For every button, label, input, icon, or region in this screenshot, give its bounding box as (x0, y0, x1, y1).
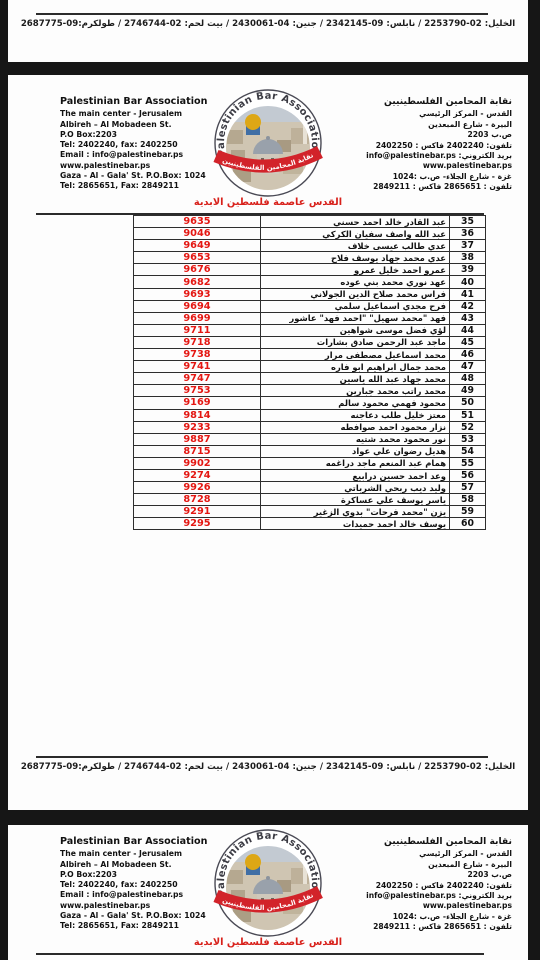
registration-number: 8728 (134, 494, 261, 506)
members-table-body: 35عبد القادر خالد احمد حسني963536عبد الل… (134, 216, 486, 530)
current-page: Palestinian Bar Association The main cen… (8, 75, 528, 810)
registration-number: 9295 (134, 518, 261, 530)
row-number: 49 (450, 385, 486, 397)
registration-number: 9693 (134, 288, 261, 300)
letterhead-line: Albireh – Al Mobadeen St. (60, 120, 220, 130)
letterhead-line: www.palestinebar.ps (60, 901, 220, 911)
table-row: 43فهد "محمد سهيل" "احمد فهد" عاشور9699 (134, 312, 486, 324)
member-name: نزار محمود احمد صوافطه (261, 421, 450, 433)
registration-number: 9738 (134, 349, 261, 361)
table-row: 47محمد جمال ابراهيم ابو فاره9741 (134, 361, 486, 373)
letterhead-line: The main center - Jerusalem (60, 849, 220, 859)
member-name: فراس محمد صلاح الدين الجولاني (261, 288, 450, 300)
letterhead: Palestinian Bar Association The main cen… (8, 85, 528, 227)
registration-number: 9274 (134, 469, 261, 481)
registration-number: 9653 (134, 252, 261, 264)
member-name: فهد "محمد سهيل" "احمد فهد" عاشور (261, 312, 450, 324)
jerusalem-dome-icon: Palestinian Bar Association نقابة المحام… (213, 88, 323, 198)
footer-divider (36, 756, 488, 758)
row-number: 51 (450, 409, 486, 421)
table-row: 56وعد احمد حسين درابيع9274 (134, 469, 486, 481)
jerusalem-capital-banner: القدس عاصمة فلسطين الابدية (193, 937, 343, 948)
letterhead-line: البيرة - شارع المبعدين (342, 120, 512, 130)
member-name: عهد نوري محمد بني عوده (261, 276, 450, 288)
registration-number: 9887 (134, 433, 261, 445)
registration-number: 9649 (134, 240, 261, 252)
letterhead-line: Albireh – Al Mobadeen St. (60, 860, 220, 870)
table-row: 51معتز خليل طلب دعاجنه9814 (134, 409, 486, 421)
table-row: 42فرح مجدي اسماعيل سلمي9694 (134, 300, 486, 312)
letterhead-line: Tel: 2865651, Fax: 2849211 (60, 181, 220, 191)
registration-number: 9718 (134, 336, 261, 348)
org-name-arabic: نقابة المحامين الفلسطينيين (342, 837, 512, 847)
registration-number: 9699 (134, 312, 261, 324)
row-number: 50 (450, 397, 486, 409)
letterhead-arabic: نقابة المحامين الفلسطينيين القدس - المرك… (342, 837, 512, 933)
row-number: 54 (450, 445, 486, 457)
table-row: 41فراس محمد صلاح الدين الجولاني9693 (134, 288, 486, 300)
member-name: عمرو احمد خليل عمرو (261, 264, 450, 276)
table-row: 49محمد راتب محمد جبارين9753 (134, 385, 486, 397)
registration-number: 9635 (134, 216, 261, 228)
row-number: 57 (450, 482, 486, 494)
next-page-fragment: Palestinian Bar Association The main cen… (8, 825, 528, 960)
table-row: 48محمد جهاد عبد الله ياسين9747 (134, 373, 486, 385)
row-number: 45 (450, 336, 486, 348)
letterhead-divider (36, 953, 484, 955)
member-name: ماجد عبد الرحمن صادق بشارات (261, 336, 450, 348)
bar-association-logo: Palestinian Bar Association نقابة المحام… (213, 88, 323, 198)
table-row: 50محمود فهمي محمود سالم9169 (134, 397, 486, 409)
row-number: 52 (450, 421, 486, 433)
row-number: 47 (450, 361, 486, 373)
registration-number: 8715 (134, 445, 261, 457)
footer-divider (36, 13, 488, 15)
bar-association-logo: Palestinian Bar Association نقابة المحام… (213, 828, 323, 938)
table-row: 37عدي طالب عيسى خلاف9649 (134, 240, 486, 252)
letterhead-line: Email : info@palestinebar.ps (60, 890, 220, 900)
table-row: 40عهد نوري محمد بني عوده9682 (134, 276, 486, 288)
row-number: 40 (450, 276, 486, 288)
registration-number: 9291 (134, 506, 261, 518)
table-row: 35عبد القادر خالد احمد حسني9635 (134, 216, 486, 228)
letterhead-line: تلفون: 2402240 فاكس : 2402250 (342, 881, 512, 891)
letterhead-arabic-lines: القدس - المركز الرئيسيالبيرة - شارع المب… (342, 849, 512, 932)
registration-number: 9694 (134, 300, 261, 312)
member-name: عدي محمد جهاد يوسف فلاح (261, 252, 450, 264)
row-number: 59 (450, 506, 486, 518)
member-name: عبد الله واصف سفيان الكركي (261, 228, 450, 240)
table-row: 36عبد الله واصف سفيان الكركي9046 (134, 228, 486, 240)
org-name-english: Palestinian Bar Association (60, 837, 220, 847)
letterhead-line: Tel: 2865651, Fax: 2849211 (60, 921, 220, 931)
member-name: هديل رضوان علي عواد (261, 445, 450, 457)
letterhead-line: غزة - شارع الجلاء- ص.ب :1024 (342, 172, 512, 182)
table-row: 38عدي محمد جهاد يوسف فلاح9653 (134, 252, 486, 264)
member-name: محمد جمال ابراهيم ابو فاره (261, 361, 450, 373)
jerusalem-capital-banner: القدس عاصمة فلسطين الابدية (193, 197, 343, 208)
table-row: 52نزار محمود احمد صوافطه9233 (134, 421, 486, 433)
letterhead-line: The main center - Jerusalem (60, 109, 220, 119)
row-number: 46 (450, 349, 486, 361)
member-name: عبد القادر خالد احمد حسني (261, 216, 450, 228)
table-row: 55همام عبد المنعم ماجد دراغمه9902 (134, 457, 486, 469)
registration-number: 9711 (134, 324, 261, 336)
letterhead-line: بريد الكتروني: info@palestinebar.ps (342, 891, 512, 901)
registration-number: 9741 (134, 361, 261, 373)
letterhead-line: Tel: 2402240, fax: 2402250 (60, 880, 220, 890)
table-row: 57وليد ديب ربحي الشرباتي9926 (134, 482, 486, 494)
member-name: محمود فهمي محمود سالم (261, 397, 450, 409)
letterhead-line: Tel: 2402240, fax: 2402250 (60, 140, 220, 150)
letterhead-line: القدس - المركز الرئيسي (342, 849, 512, 859)
row-number: 41 (450, 288, 486, 300)
member-name: يزن "محمد فرحات" بدوي الزغير (261, 506, 450, 518)
letterhead-line: ص.ب 2203 (342, 870, 512, 880)
member-name: عدي طالب عيسى خلاف (261, 240, 450, 252)
member-name: محمد جهاد عبد الله ياسين (261, 373, 450, 385)
letterhead-line: www.palestinebar.ps (342, 901, 512, 911)
letterhead-line: تلفون: 2402240 فاكس : 2402250 (342, 141, 512, 151)
letterhead-english-lines: The main center - JerusalemAlbireh – Al … (60, 109, 220, 191)
row-number: 38 (450, 252, 486, 264)
letterhead: Palestinian Bar Association The main cen… (8, 825, 528, 960)
row-number: 44 (450, 324, 486, 336)
row-number: 48 (450, 373, 486, 385)
letterhead-arabic-lines: القدس - المركز الرئيسيالبيرة - شارع المب… (342, 109, 512, 192)
row-number: 58 (450, 494, 486, 506)
member-name: محمد اسماعيل مصطفى مرار (261, 349, 450, 361)
branch-phones-footer: الخليل: 02-2253790 / نابلس: 09-2342145 /… (8, 19, 528, 29)
row-number: 36 (450, 228, 486, 240)
letterhead-line: P.O Box:2203 (60, 870, 220, 880)
member-name: ياسر يوسف علي عساكرة (261, 494, 450, 506)
table-row: 44لؤي فضل موسى شواهين9711 (134, 324, 486, 336)
letterhead-english: Palestinian Bar Association The main cen… (60, 97, 220, 192)
table-row: 54هديل رضوان علي عواد8715 (134, 445, 486, 457)
table-row: 60يوسف خالد احمد حميدات9295 (134, 518, 486, 530)
org-name-arabic: نقابة المحامين الفلسطينيين (342, 97, 512, 107)
table-row: 46محمد اسماعيل مصطفى مرار9738 (134, 349, 486, 361)
table-row: 58ياسر يوسف علي عساكرة8728 (134, 494, 486, 506)
letterhead-line: ص.ب 2203 (342, 130, 512, 140)
letterhead-line: تلفون : 2865651 فاكس : 2849211 (342, 182, 512, 192)
registration-number: 9747 (134, 373, 261, 385)
registration-number: 9682 (134, 276, 261, 288)
letterhead-line: www.palestinebar.ps (60, 161, 220, 171)
member-name: وعد احمد حسين درابيع (261, 469, 450, 481)
letterhead-line: www.palestinebar.ps (342, 161, 512, 171)
members-table: 35عبد القادر خالد احمد حسني963536عبد الل… (133, 215, 486, 530)
registration-number: 9169 (134, 397, 261, 409)
member-name: نور محمود محمد شتيه (261, 433, 450, 445)
row-number: 42 (450, 300, 486, 312)
registration-number: 9753 (134, 385, 261, 397)
letterhead-line: القدس - المركز الرئيسي (342, 109, 512, 119)
registration-number: 9926 (134, 482, 261, 494)
member-name: لؤي فضل موسى شواهين (261, 324, 450, 336)
previous-page-fragment: الخليل: 02-2253790 / نابلس: 09-2342145 /… (8, 0, 528, 62)
registration-number: 9814 (134, 409, 261, 421)
table-row: 45ماجد عبد الرحمن صادق بشارات9718 (134, 336, 486, 348)
letterhead-english: Palestinian Bar Association The main cen… (60, 837, 220, 932)
table-row: 59يزن "محمد فرحات" بدوي الزغير9291 (134, 506, 486, 518)
registration-number: 9902 (134, 457, 261, 469)
member-name: محمد راتب محمد جبارين (261, 385, 450, 397)
member-name: يوسف خالد احمد حميدات (261, 518, 450, 530)
letterhead-line: Gaza - Al - Gala' St. P.O.Box: 1024 (60, 171, 220, 181)
letterhead-line: البيرة - شارع المبعدين (342, 860, 512, 870)
letterhead-arabic: نقابة المحامين الفلسطينيين القدس - المرك… (342, 97, 512, 193)
letterhead-line: Email : info@palestinebar.ps (60, 150, 220, 160)
row-number: 43 (450, 312, 486, 324)
row-number: 53 (450, 433, 486, 445)
letterhead-line: تلفون : 2865651 فاكس : 2849211 (342, 922, 512, 932)
letterhead-line: P.O Box:2203 (60, 130, 220, 140)
registration-number: 9676 (134, 264, 261, 276)
member-name: وليد ديب ربحي الشرباتي (261, 482, 450, 494)
row-number: 35 (450, 216, 486, 228)
registration-number: 9046 (134, 228, 261, 240)
letterhead-english-lines: The main center - JerusalemAlbireh – Al … (60, 849, 220, 931)
member-name: معتز خليل طلب دعاجنه (261, 409, 450, 421)
letterhead-line: بريد الكتروني: info@palestinebar.ps (342, 151, 512, 161)
table-row: 39عمرو احمد خليل عمرو9676 (134, 264, 486, 276)
letterhead-line: غزة - شارع الجلاء- ص.ب :1024 (342, 912, 512, 922)
document-viewer: الخليل: 02-2253790 / نابلس: 09-2342145 /… (0, 0, 540, 960)
branch-phones-footer: الخليل: 02-2253790 / نابلس: 09-2342145 /… (8, 762, 528, 772)
registration-number: 9233 (134, 421, 261, 433)
row-number: 39 (450, 264, 486, 276)
org-name-english: Palestinian Bar Association (60, 97, 220, 107)
row-number: 56 (450, 469, 486, 481)
letterhead-line: Gaza - Al - Gala' St. P.O.Box: 1024 (60, 911, 220, 921)
table-row: 53نور محمود محمد شتيه9887 (134, 433, 486, 445)
row-number: 55 (450, 457, 486, 469)
jerusalem-dome-icon: Palestinian Bar Association نقابة المحام… (213, 828, 323, 938)
row-number: 37 (450, 240, 486, 252)
member-name: همام عبد المنعم ماجد دراغمه (261, 457, 450, 469)
row-number: 60 (450, 518, 486, 530)
member-name: فرح مجدي اسماعيل سلمي (261, 300, 450, 312)
